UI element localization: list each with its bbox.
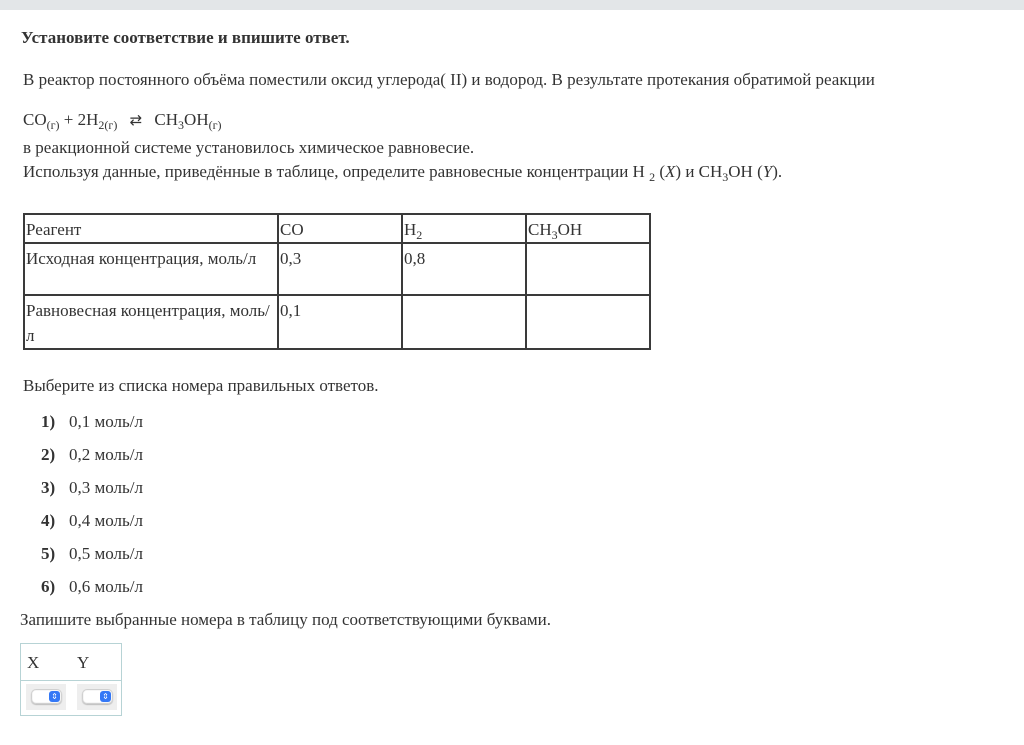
intro-text: В реактор постоянного объёма поместили о… — [23, 70, 875, 90]
cell-co: 0,3 — [278, 243, 402, 295]
x-marker: (X) и CH — [655, 162, 722, 181]
row-label: Исходная концентрация, моль/л — [24, 243, 278, 295]
option-item: 5)0,5 моль/л — [41, 542, 143, 575]
option-item: 2)0,2 моль/л — [41, 443, 143, 476]
y-select-wrapper: ⇕ — [77, 684, 117, 710]
concentration-table: Реагент CO H2 CH3OH Исходная концентраци… — [23, 213, 651, 350]
reaction-equation: CO(г) + 2H2(г) ⇄ CH3OH(г) — [23, 110, 222, 130]
question-text: Используя данные, приведённые в таблице,… — [23, 162, 782, 182]
question-prefix: Используя данные, приведённые в таблице,… — [23, 162, 645, 181]
reactant-co: CO — [23, 110, 47, 129]
option-item: 3)0,3 моль/л — [41, 476, 143, 509]
cell-h2 — [402, 295, 526, 349]
cell-h2: 0,8 — [402, 243, 526, 295]
x-select[interactable]: ⇕ — [31, 689, 62, 704]
equilibrium-arrow-icon: ⇄ — [130, 111, 143, 129]
cell-co: 0,1 — [278, 295, 402, 349]
table-header-row: Реагент CO H2 CH3OH — [24, 214, 650, 243]
y-select[interactable]: ⇕ — [82, 689, 113, 704]
options-list: 1)0,1 моль/л 2)0,2 моль/л 3)0,3 моль/л 4… — [41, 410, 143, 608]
state-sub: (г) — [47, 118, 60, 132]
answer-header: X Y — [21, 644, 121, 681]
header-reagent: Реагент — [24, 214, 278, 243]
state-sub: (г) — [209, 118, 222, 132]
equilibrium-text: в реакционной системе установилось химич… — [23, 138, 474, 158]
cell-ch3oh — [526, 243, 650, 295]
x-select-wrapper: ⇕ — [26, 684, 66, 710]
choose-prompt: Выберите из списка номера правильных отв… — [23, 376, 379, 396]
y-marker: OH (Y). — [728, 162, 782, 181]
option-item: 1)0,1 моль/л — [41, 410, 143, 443]
up-down-chevron-icon: ⇕ — [49, 691, 60, 702]
header-h2: H2 — [402, 214, 526, 243]
y-label: Y — [77, 653, 89, 673]
top-bar — [0, 0, 1024, 10]
header-ch3oh: CH3OH — [526, 214, 650, 243]
table-row: Равновесная концентрация, моль/л 0,1 — [24, 295, 650, 349]
row-label: Равновесная концентрация, моль/л — [24, 295, 278, 349]
product-methanol: CH — [154, 110, 178, 129]
header-co: CO — [278, 214, 402, 243]
up-down-chevron-icon: ⇕ — [100, 691, 111, 702]
state-sub: 2(г) — [98, 118, 117, 132]
table-row: Исходная концентрация, моль/л 0,3 0,8 — [24, 243, 650, 295]
option-item: 6)0,6 моль/л — [41, 575, 143, 608]
product-tail: OH — [184, 110, 209, 129]
answer-prompt: Запишите выбранные номера в таблицу под … — [20, 610, 551, 630]
x-label: X — [27, 653, 39, 673]
answer-table: X Y ⇕ ⇕ — [20, 643, 122, 716]
reactant-h2: + 2H — [64, 110, 99, 129]
option-item: 4)0,4 моль/л — [41, 509, 143, 542]
cell-ch3oh — [526, 295, 650, 349]
task-heading: Установите соответствие и впишите ответ. — [21, 28, 350, 48]
